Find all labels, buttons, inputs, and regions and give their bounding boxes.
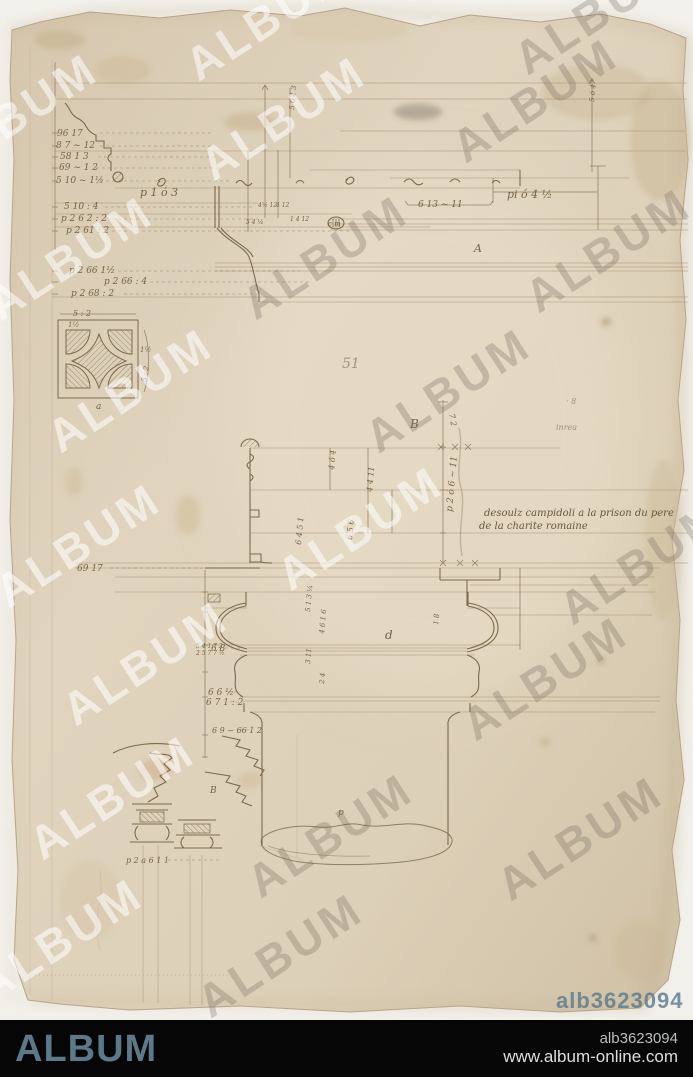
ink-annotation: 5 4 ¼ bbox=[246, 219, 263, 226]
ink-annotation: p 2 61 : 2 bbox=[66, 226, 109, 236]
ink-annotation: 69 ~ 1 2 bbox=[59, 163, 98, 173]
image-id-label: alb3623094 bbox=[503, 1030, 678, 1047]
ink-annotation: A bbox=[473, 242, 482, 255]
ink-annotation: 69 17 bbox=[77, 564, 103, 574]
ink-annotation: a bbox=[96, 402, 101, 412]
ink-annotation: 6 8 bbox=[211, 644, 226, 654]
ink-annotation: p 2 66 1½ bbox=[69, 265, 115, 276]
ink-annotation: p 2 66 : 4 bbox=[104, 277, 147, 287]
ink-annotation: d bbox=[385, 628, 393, 642]
ink-annotation: 5 10 : 4 bbox=[64, 202, 99, 212]
ink-annotation: 4½ 12 bbox=[257, 202, 277, 209]
ink-annotation: · 8 bbox=[566, 397, 576, 406]
ink-annotation: p bbox=[338, 808, 344, 818]
ink-annotation: 5 ó 4 bbox=[588, 84, 598, 102]
ink-annotation: p 2 68 : 2 bbox=[71, 289, 114, 299]
ink-annotation: 6 9 ~ 66 1 2 bbox=[212, 726, 262, 735]
ink-annotation: B bbox=[209, 786, 217, 796]
ink-annotation: 2 4 bbox=[318, 672, 327, 685]
ink-annotation: 1½ bbox=[68, 321, 79, 329]
ink-annotation: 1½ bbox=[140, 346, 151, 354]
drawing-scan: 96 178 7 ~ 1258 1 369 ~ 1 25 10 ~ 1½p 1 … bbox=[0, 0, 693, 1020]
ink-annotation: 6 7 1 : 2 bbox=[206, 698, 244, 708]
ink-annotation: 1 8 bbox=[432, 613, 441, 625]
album-logo: ALBUM bbox=[15, 1030, 157, 1068]
image-id-watermark: alb3623094 bbox=[556, 988, 683, 1014]
ink-annotation: 4 ó 4 bbox=[327, 449, 338, 471]
ink-annotation: 6 13 ~ 11 bbox=[418, 200, 463, 210]
ink-annotation: 5 : 2 bbox=[73, 309, 91, 318]
ink-annotation: p 1 ó 3 bbox=[140, 186, 178, 199]
ink-annotation: 51 bbox=[342, 356, 360, 372]
ink-annotation: p 2 6 2 : 2 bbox=[61, 214, 107, 224]
agency-website: www.album-online.com bbox=[503, 1047, 678, 1067]
ink-annotation: desoulz campidoli a la prison du pere bbox=[484, 508, 674, 519]
ink-annotation: B bbox=[409, 417, 419, 431]
ink-annotation: 6 6 ½ bbox=[208, 687, 234, 698]
stock-photo-preview: 96 178 7 ~ 1258 1 369 ~ 1 25 10 ~ 1½p 1 … bbox=[0, 0, 693, 1077]
image-credit: alb3623094 www.album-online.com bbox=[503, 1030, 678, 1067]
ink-annotation: 58 1 3 bbox=[60, 152, 89, 162]
ink-annotation: c m bbox=[328, 220, 341, 228]
ink-annotation: 5 10 ~ 1½ bbox=[56, 175, 104, 186]
ink-annotation: p 2 a 6 1 1 bbox=[126, 856, 169, 865]
ink-annotation: de la charite romaine bbox=[479, 521, 588, 532]
ink-annotation: 96 17 bbox=[57, 129, 83, 139]
ink-annotation: 1 4 12 bbox=[290, 216, 309, 223]
ink-annotation: 8 7 ~ 12 bbox=[56, 141, 95, 151]
ink-annotation: 6 5 6 bbox=[345, 519, 356, 540]
ink-annotation: pi ó 4 ½ bbox=[507, 188, 552, 201]
ink-annotation: 3 11 bbox=[304, 648, 313, 664]
ink-annotation: inrea bbox=[556, 423, 577, 432]
footer-bar: ALBUM alb3623094 www.album-online.com bbox=[0, 1020, 693, 1077]
ink-annotation: 4 12 bbox=[275, 202, 290, 209]
